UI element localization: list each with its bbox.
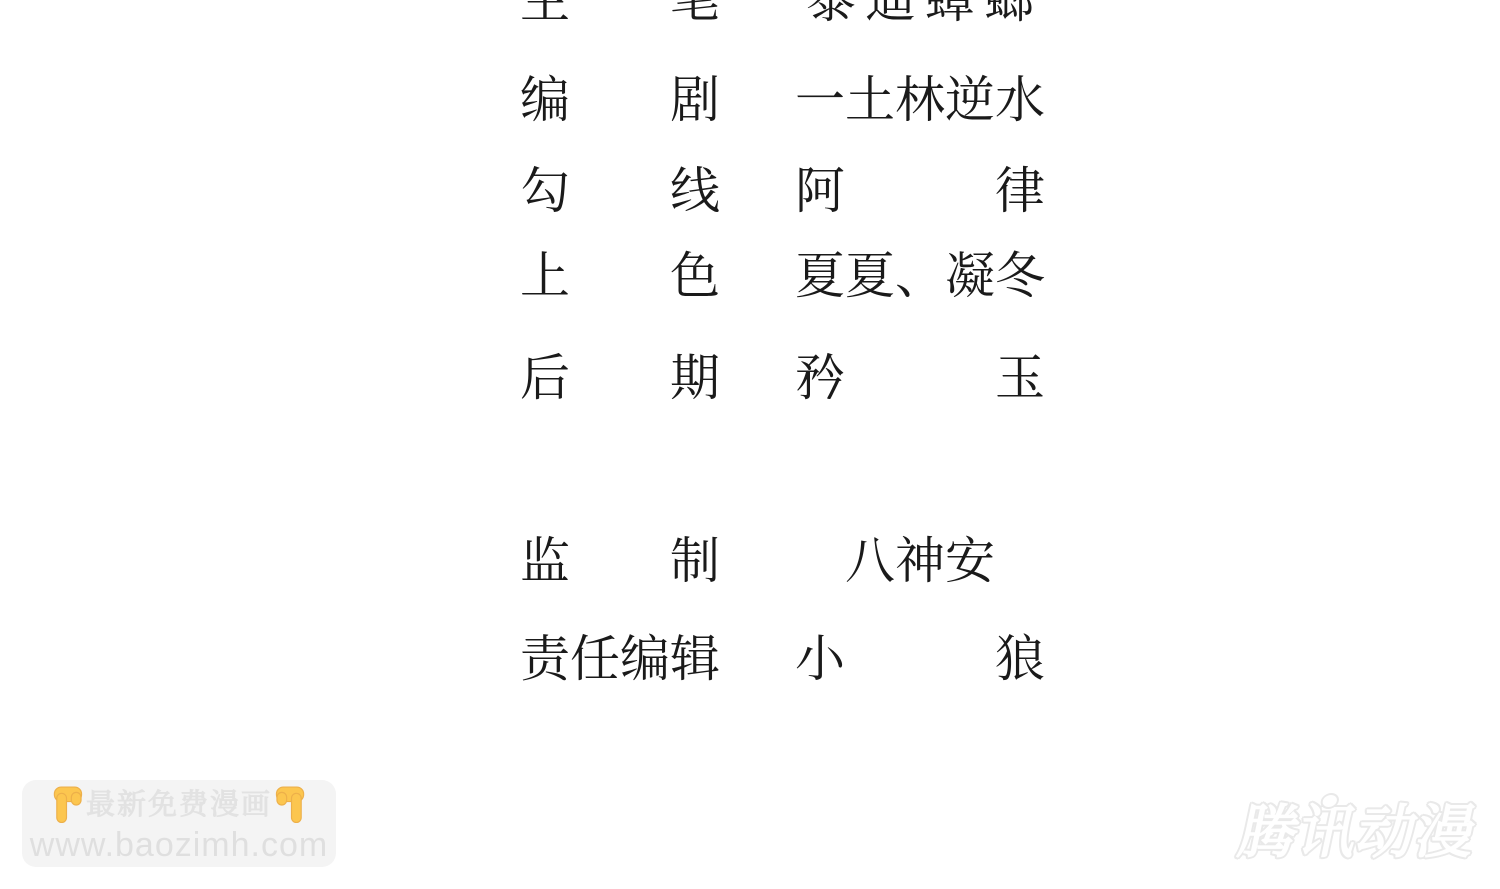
point-down-icon <box>50 785 83 825</box>
credit-name: 阿律 <box>795 165 1045 217</box>
credit-row: 上色 夏夏、凝冬 <box>0 250 1500 302</box>
watermark-banner: 最新免费漫画 www.baozimh.com <box>22 780 336 867</box>
watermark-text: 最新免费漫画 <box>86 789 272 821</box>
credit-name: 泰迪蟑螂 <box>806 0 1034 26</box>
tencent-comics-logo: 腾讯动漫 <box>1233 800 1483 866</box>
credit-role: 后期 <box>520 352 720 404</box>
credit-role: 主笔 <box>520 0 720 26</box>
logo-text: 腾讯动漫 <box>1233 800 1483 865</box>
credit-name: 小狼 <box>795 633 1045 685</box>
credit-row: 监制 八神安 <box>0 535 1500 587</box>
credit-role: 监制 <box>520 535 720 587</box>
credits-page: 主笔 泰迪蟑螂 编剧 一土林逆水 勾线 阿律 上色 夏夏、凝冬 后期 矜玉 监制… <box>0 0 1500 889</box>
watermark-url: www.baozimh.com <box>30 826 328 864</box>
credit-role: 上色 <box>520 250 720 302</box>
credit-row: 主笔 泰迪蟑螂 <box>0 0 1500 26</box>
credit-role: 编剧 <box>520 74 720 126</box>
credit-name: 矜玉 <box>795 352 1045 404</box>
credit-row: 勾线 阿律 <box>0 165 1500 217</box>
credit-row: 后期 矜玉 <box>0 352 1500 404</box>
credit-name: 八神安 <box>795 535 1045 587</box>
credit-role: 勾线 <box>520 165 720 217</box>
watermark-headline: 最新免费漫画 <box>50 784 308 826</box>
credit-row: 编剧 一土林逆水 <box>0 74 1500 126</box>
credit-row: 责任编辑 小狼 <box>0 633 1500 685</box>
point-down-icon <box>275 785 308 825</box>
credit-name: 夏夏、凝冬 <box>795 250 1045 302</box>
credit-name: 一土林逆水 <box>795 74 1045 126</box>
credit-role: 责任编辑 <box>520 633 720 685</box>
